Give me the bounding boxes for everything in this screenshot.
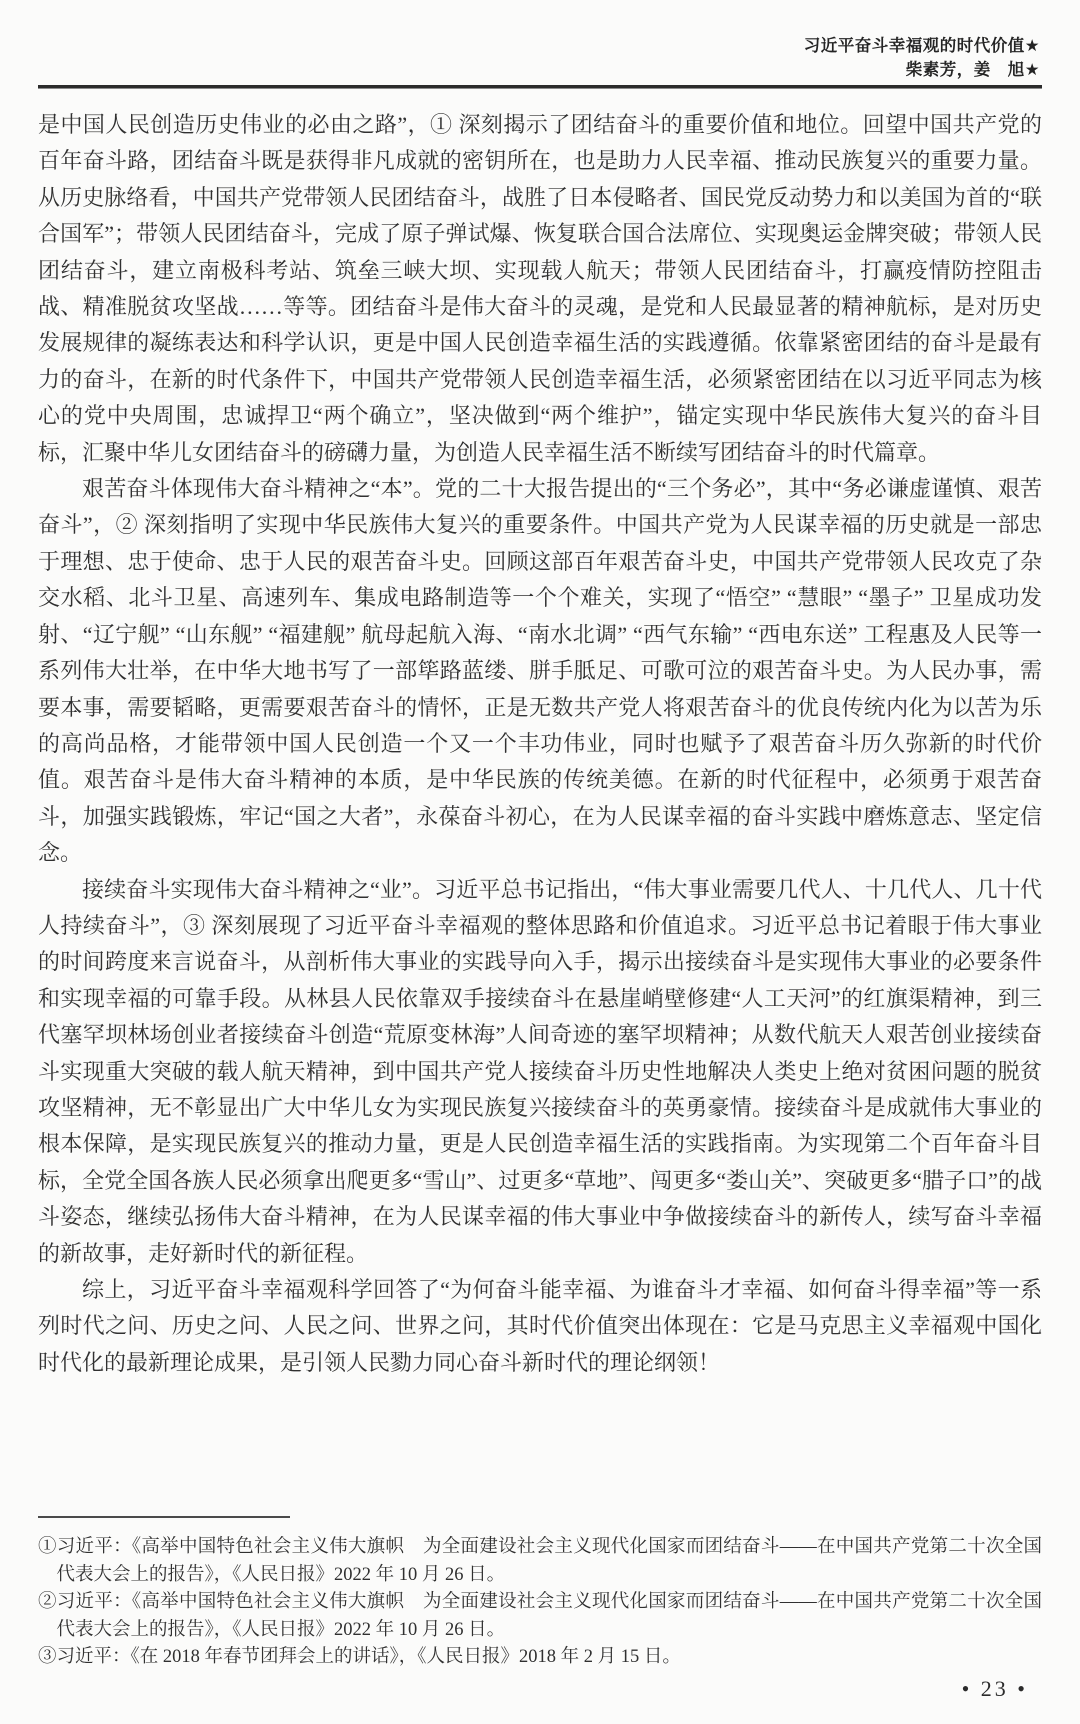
footnote-rule (38, 1516, 290, 1518)
authors-header: 柴素芳，姜 旭★ (804, 58, 1040, 82)
footnote-2: ②习近平：《高举中国特色社会主义伟大旗帜 为全面建设社会主义现代化国家而团结奋斗… (38, 1589, 1042, 1644)
paper-page: 习近平奋斗幸福观的时代价值★ 柴素芳，姜 旭★ 是中国人民创造历史伟业的必由之路… (0, 0, 1080, 1724)
page-number: • 23 • (962, 1676, 1028, 1702)
paragraph-1: 是中国人民创造历史伟业的必由之路”，① 深刻揭示了团结奋斗的重要价值和地位。回望… (38, 107, 1042, 471)
paragraph-4: 综上，习近平奋斗幸福观科学回答了“为何奋斗能幸福、为谁奋斗才幸福、如何奋斗得幸福… (38, 1272, 1042, 1381)
footnote-1: ①习近平：《高举中国特色社会主义伟大旗帜 为全面建设社会主义现代化国家而团结奋斗… (38, 1534, 1042, 1589)
footnote-area: ①习近平：《高举中国特色社会主义伟大旗帜 为全面建设社会主义现代化国家而团结奋斗… (38, 1516, 1042, 1672)
paragraph-3: 接续奋斗实现伟大奋斗精神之“业”。习近平总书记指出，“伟大事业需要几代人、十几代… (38, 872, 1042, 1272)
header-rule (38, 85, 1042, 89)
paragraph-2: 艰苦奋斗体现伟大奋斗精神之“本”。党的二十大报告提出的“三个务必”，其中“务必谦… (38, 471, 1042, 871)
body-text: 是中国人民创造历史伟业的必由之路”，① 深刻揭示了团结奋斗的重要价值和地位。回望… (38, 107, 1042, 1381)
footnote-3: ③习近平：《在 2018 年春节团拜会上的讲话》，《人民日报》2018 年 2 … (38, 1644, 1042, 1672)
running-header: 习近平奋斗幸福观的时代价值★ 柴素芳，姜 旭★ (804, 34, 1040, 82)
paper-title-header: 习近平奋斗幸福观的时代价值★ (804, 34, 1040, 58)
